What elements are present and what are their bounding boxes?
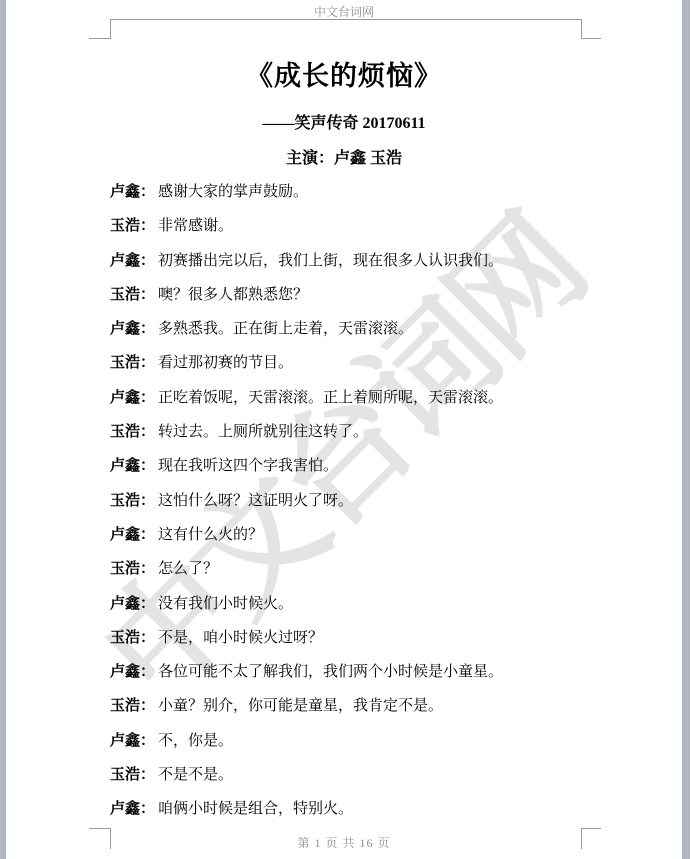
dialogue-speaker: 玉浩：	[110, 630, 155, 646]
document-title: 《成长的烦恼》	[6, 54, 682, 93]
dialogue-line: 卢鑫：没有我们小时候火。	[110, 587, 590, 621]
dialogue-line: 玉浩：这怕什么呀？这证明火了呀。	[110, 484, 590, 518]
dialogue-text: 各位可能不太了解我们，我们两个小时候是小童星。	[158, 664, 503, 680]
dialogue-text: 正吃着饭呢，天雷滚滚。正上着厕所呢，天雷滚滚。	[158, 390, 503, 406]
dialogue-text: 小童？别介，你可能是童星，我肯定不是。	[158, 698, 443, 714]
dialogue-line: 卢鑫：正吃着饭呢，天雷滚滚。正上着厕所呢，天雷滚滚。	[110, 381, 590, 415]
dialogue-speaker: 玉浩：	[110, 493, 155, 509]
dialogue-line: 玉浩：噢？很多人都熟悉您？	[110, 278, 590, 312]
dialogue-text: 不是不是。	[158, 767, 233, 783]
document-subtitle: ——笑声传奇 20170611	[6, 110, 682, 133]
dialogue-list: 卢鑫：感谢大家的掌声鼓励。 玉浩：非常感谢。 卢鑫：初赛播出完以后，我们上街，现…	[110, 175, 590, 827]
page-content-layer: 中文台词网 《成长的烦恼》 ——笑声传奇 20170611 主演：卢鑫 玉浩 卢…	[6, 0, 682, 859]
dialogue-speaker: 卢鑫：	[110, 733, 155, 749]
dialogue-speaker: 卢鑫：	[110, 253, 155, 269]
dialogue-speaker: 玉浩：	[110, 561, 155, 577]
dialogue-line: 卢鑫：感谢大家的掌声鼓励。	[110, 175, 590, 209]
dialogue-text: 噢？很多人都熟悉您？	[158, 287, 308, 303]
dialogue-speaker: 卢鑫：	[110, 458, 155, 474]
dialogue-text: 初赛播出完以后，我们上街，现在很多人认识我们。	[158, 253, 503, 269]
document-starring-line: 主演：卢鑫 玉浩	[6, 145, 682, 168]
dialogue-line: 卢鑫：咱俩小时候是组合，特别火。	[110, 792, 590, 826]
dialogue-speaker: 卢鑫：	[110, 664, 155, 680]
dialogue-text: 这有什么火的？	[158, 527, 263, 543]
dialogue-text: 感谢大家的掌声鼓励。	[158, 184, 308, 200]
document-viewer-canvas: { "site": { "header_text": "中文台词网", "wat…	[0, 0, 690, 859]
dialogue-line: 玉浩：看过那初赛的节目。	[110, 346, 590, 380]
dialogue-text: 现在我听这四个字我害怕。	[158, 458, 338, 474]
dialogue-text: 这怕什么呀？这证明火了呀。	[158, 493, 353, 509]
dialogue-speaker: 卢鑫：	[110, 390, 155, 406]
dialogue-line: 卢鑫：不，你是。	[110, 724, 590, 758]
dialogue-speaker: 卢鑫：	[110, 801, 155, 817]
dialogue-speaker: 玉浩：	[110, 287, 155, 303]
page-number-footer: 第 1 页 共 16 页	[6, 834, 682, 851]
dialogue-text: 多熟悉我。正在街上走着，天雷滚滚。	[158, 321, 413, 337]
dialogue-speaker: 卢鑫：	[110, 321, 155, 337]
crop-mark-top-left	[89, 19, 111, 39]
crop-mark-top-right	[581, 19, 601, 39]
dialogue-speaker: 玉浩：	[110, 218, 155, 234]
dialogue-text: 看过那初赛的节目。	[158, 355, 293, 371]
dialogue-speaker: 卢鑫：	[110, 596, 155, 612]
dialogue-line: 玉浩：非常感谢。	[110, 209, 590, 243]
dialogue-line: 玉浩：怎么了？	[110, 552, 590, 586]
dialogue-speaker: 卢鑫：	[110, 527, 155, 543]
dialogue-line: 卢鑫：初赛播出完以后，我们上街，现在很多人认识我们。	[110, 244, 590, 278]
dialogue-line: 卢鑫：现在我听这四个字我害怕。	[110, 449, 590, 483]
dialogue-speaker: 玉浩：	[110, 698, 155, 714]
dialogue-text: 怎么了？	[158, 561, 218, 577]
dialogue-line: 卢鑫：这有什么火的？	[110, 518, 590, 552]
dialogue-text: 不，你是。	[158, 733, 233, 749]
dialogue-text: 转过去。上厕所就别往这转了。	[158, 424, 368, 440]
dialogue-line: 玉浩：转过去。上厕所就别往这转了。	[110, 415, 590, 449]
dialogue-text: 不是，咱小时候火过呀？	[158, 630, 323, 646]
page-header-site-name: 中文台词网	[6, 3, 682, 20]
document-page: 中文台词网 中文台词网 《成长的烦恼》 ——笑声传奇 20170611 主演：卢…	[6, 0, 682, 859]
dialogue-text: 非常感谢。	[158, 218, 233, 234]
dialogue-speaker: 玉浩：	[110, 767, 155, 783]
dialogue-line: 玉浩：不是，咱小时候火过呀？	[110, 621, 590, 655]
dialogue-text: 没有我们小时候火。	[158, 596, 293, 612]
dialogue-text: 咱俩小时候是组合，特别火。	[158, 801, 353, 817]
dialogue-speaker: 卢鑫：	[110, 184, 155, 200]
header-rule-line	[110, 19, 581, 20]
dialogue-line: 卢鑫：各位可能不太了解我们，我们两个小时候是小童星。	[110, 655, 590, 689]
dialogue-line: 卢鑫：多熟悉我。正在街上走着，天雷滚滚。	[110, 312, 590, 346]
dialogue-line: 玉浩：不是不是。	[110, 758, 590, 792]
dialogue-speaker: 玉浩：	[110, 424, 155, 440]
dialogue-speaker: 玉浩：	[110, 355, 155, 371]
dialogue-line: 玉浩：小童？别介，你可能是童星，我肯定不是。	[110, 689, 590, 723]
